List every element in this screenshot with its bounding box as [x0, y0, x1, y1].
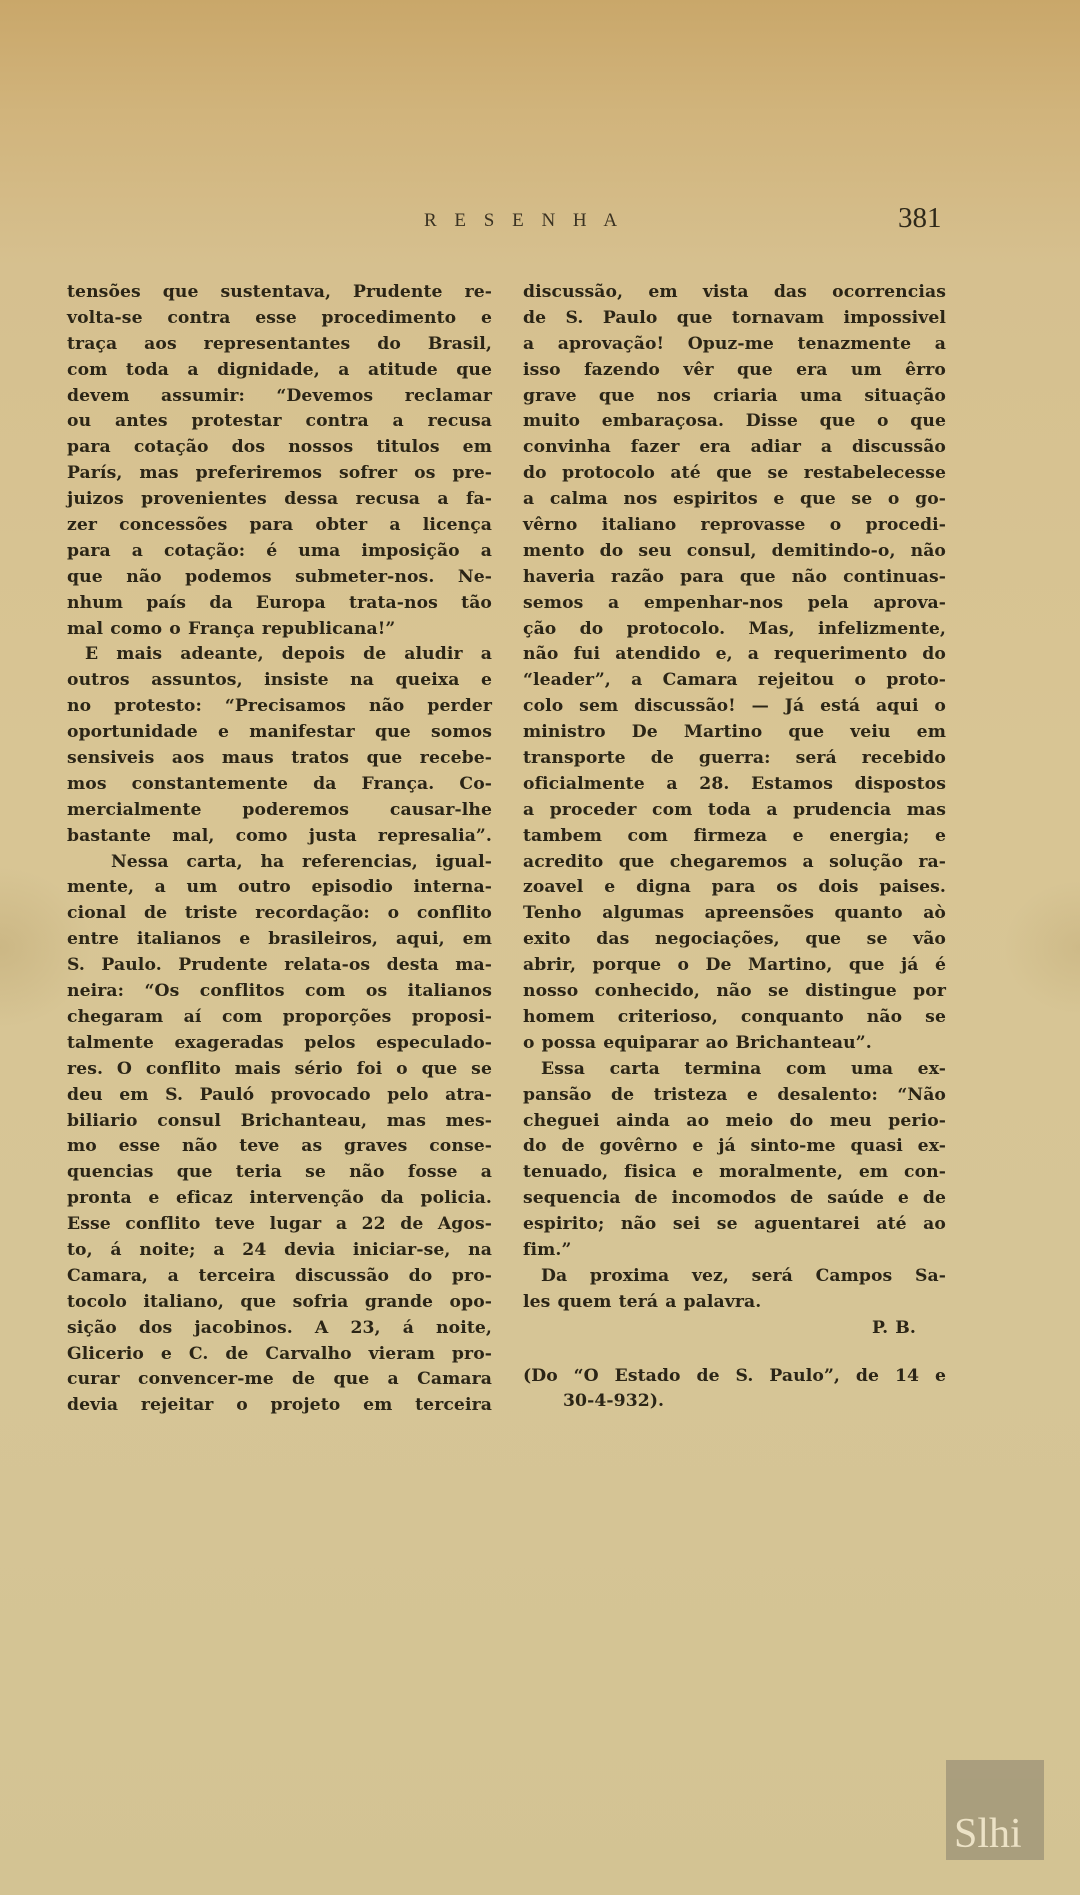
text-line: juizos provenientes dessa recusa a fa-	[67, 487, 492, 513]
text-line: nosso conhecido, não se distingue por	[523, 979, 946, 1005]
text-line: les quem terá a palavra.	[523, 1290, 946, 1316]
text-line: mal como o França republicana!”	[67, 617, 492, 643]
text-line: grave que nos criaria uma situação	[523, 384, 946, 410]
text-line: ção do protocolo. Mas, infelizmente,	[523, 617, 946, 643]
text-line: chegaram aí com proporções proposi-	[67, 1005, 492, 1031]
text-line: París, mas preferiremos sofrer os pre-	[67, 461, 492, 487]
text-line: zoavel e digna para os dois paises.	[523, 875, 946, 901]
section-title: R E S E N H A	[424, 210, 624, 232]
text-line: S. Paulo. Prudente relata-os desta ma-	[67, 953, 492, 979]
text-line: mos constantemente da França. Co-	[67, 772, 492, 798]
text-line: Da proxima vez, será Campos Sa-	[523, 1264, 946, 1290]
text-line: do protocolo até que se restabelecesse	[523, 461, 946, 487]
text-line: do de govêrno e já sinto-me quasi ex-	[523, 1134, 946, 1160]
text-line: no protesto: “Precisamos não perder	[67, 694, 492, 720]
text-line: zer concessões para obter a licença	[67, 513, 492, 539]
text-line: para cotação dos nossos titulos em	[67, 435, 492, 461]
text-line: a aprovação! Opuz-me tenazmente a	[523, 332, 946, 358]
text-line: tensões que sustentava, Prudente re-	[67, 280, 492, 306]
text-line: mercialmente poderemos causar-lhe	[67, 798, 492, 824]
text-line: devem assumir: “Devemos reclamar	[67, 384, 492, 410]
running-header: R E S E N H A 381	[0, 208, 1080, 238]
text-line: volta-se contra esse procedimento e	[67, 306, 492, 332]
text-line: muito embaraçosa. Disse que o que	[523, 409, 946, 435]
text-line: homem criterioso, conquanto não se	[523, 1005, 946, 1031]
text-line: deu em S. Pauló provocado pelo atra-	[67, 1083, 492, 1109]
text-line: E mais adeante, depois de aludir a	[67, 642, 492, 668]
text-line: devia rejeitar o projeto em terceira	[67, 1393, 492, 1419]
text-line: (Do “O Estado de S. Paulo”, de 14 e	[523, 1364, 946, 1390]
text-line: convinha fazer era adiar a discussão	[523, 435, 946, 461]
text-line: tenuado, fisica e moralmente, em con-	[523, 1160, 946, 1186]
text-line: com toda a dignidade, a atitude que	[67, 358, 492, 384]
text-line: Camara, a terceira discussão do pro-	[67, 1264, 492, 1290]
text-line: cheguei ainda ao meio do meu perio-	[523, 1109, 946, 1135]
text-line: Glicerio e C. de Carvalho vieram pro-	[67, 1342, 492, 1368]
left-text-column: tensões que sustentava, Prudente re-volt…	[67, 280, 492, 1419]
text-line: ministro De Martino que veiu em	[523, 720, 946, 746]
right-text-column: discussão, em vista das ocorrenciasde S.…	[523, 280, 946, 1415]
text-line: curar convencer-me de que a Camara	[67, 1367, 492, 1393]
text-line: ou antes protestar contra a recusa	[67, 409, 492, 435]
text-line: cional de triste recordação: o conflito	[67, 901, 492, 927]
text-line: não fui atendido e, a requerimento do	[523, 642, 946, 668]
text-line: res. O conflito mais sério foi o que se	[67, 1057, 492, 1083]
archive-logo-text: Slhi	[954, 1810, 1022, 1858]
text-line: “leader”, a Camara rejeitou o proto-	[523, 668, 946, 694]
text-line: colo sem discussão! — Já está aqui o	[523, 694, 946, 720]
text-line: sensiveis aos maus tratos que recebe-	[67, 746, 492, 772]
text-line: sição dos jacobinos. A 23, á noite,	[67, 1316, 492, 1342]
text-line: Esse conflito teve lugar a 22 de Agos-	[67, 1212, 492, 1238]
text-line: tocolo italiano, que sofria grande opo-	[67, 1290, 492, 1316]
text-line: haveria razão para que não continuas-	[523, 565, 946, 591]
text-line: mente, a um outro episodio interna-	[67, 875, 492, 901]
text-line: Tenho algumas apreensões quanto aò	[523, 901, 946, 927]
text-line: pansão de tristeza e desalento: “Não	[523, 1083, 946, 1109]
text-line: Nessa carta, ha referencias, igual-	[67, 850, 492, 876]
text-line: vêrno italiano reprovasse o procedi-	[523, 513, 946, 539]
text-line: o possa equiparar ao Brichanteau”.	[523, 1031, 946, 1057]
text-line: quencias que teria se não fosse a	[67, 1160, 492, 1186]
text-line: abrir, porque o De Martino, que já é	[523, 953, 946, 979]
text-line: transporte de guerra: será recebido	[523, 746, 946, 772]
text-line: fim.”	[523, 1238, 946, 1264]
text-line: tambem com firmeza e energia; e	[523, 824, 946, 850]
text-line: entre italianos e brasileiros, aqui, em	[67, 927, 492, 953]
text-line: talmente exageradas pelos especulado-	[67, 1031, 492, 1057]
text-line: bastante mal, como justa represalia”.	[67, 824, 492, 850]
archive-logo: Slhi	[946, 1760, 1044, 1860]
text-line: que não podemos submeter-nos. Ne-	[67, 565, 492, 591]
text-line: a proceder com toda a prudencia mas	[523, 798, 946, 824]
text-line: outros assuntos, insiste na queixa e	[67, 668, 492, 694]
text-line: discussão, em vista das ocorrencias	[523, 280, 946, 306]
text-line: nhum país da Europa trata-nos tão	[67, 591, 492, 617]
text-line: sequencia de incomodos de saúde e de	[523, 1186, 946, 1212]
text-line: 30-4-932).	[523, 1389, 946, 1415]
text-line: semos a empenhar-nos pela aprova-	[523, 591, 946, 617]
text-line: de S. Paulo que tornavam impossivel	[523, 306, 946, 332]
text-line: oportunidade e manifestar que somos	[67, 720, 492, 746]
text-line: pronta e eficaz intervenção da policia.	[67, 1186, 492, 1212]
text-line: exito das negociações, que se vão	[523, 927, 946, 953]
text-line: traça aos representantes do Brasil,	[67, 332, 492, 358]
text-line: isso fazendo vêr que era um êrro	[523, 358, 946, 384]
text-line: to, á noite; a 24 devia iniciar-se, na	[67, 1238, 492, 1264]
text-line: oficialmente a 28. Estamos dispostos	[523, 772, 946, 798]
text-line: neira: “Os conflitos com os italianos	[67, 979, 492, 1005]
text-line: P. B.	[523, 1316, 946, 1342]
text-line: espirito; não sei se aguentarei até ao	[523, 1212, 946, 1238]
text-line: a calma nos espiritos e que se o go-	[523, 487, 946, 513]
text-line: Essa carta termina com uma ex-	[523, 1057, 946, 1083]
text-line: mento do seu consul, demitindo-o, não	[523, 539, 946, 565]
text-line: para a cotação: é uma imposição a	[67, 539, 492, 565]
page-number: 381	[898, 202, 942, 235]
text-line: acredito que chegaremos a solução ra-	[523, 850, 946, 876]
document-page: R E S E N H A 381 tensões que sustentava…	[0, 0, 1080, 1895]
text-line: biliario consul Brichanteau, mas mes-	[67, 1109, 492, 1135]
text-line: mo esse não teve as graves conse-	[67, 1134, 492, 1160]
